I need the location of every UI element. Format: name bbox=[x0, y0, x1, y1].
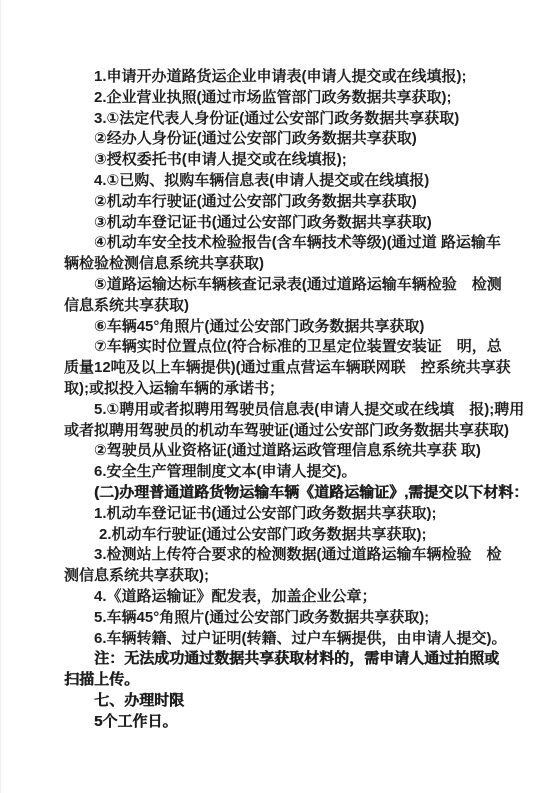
text-line: 6.车辆转籍、过户证明(转籍、过户车辆提供，由申请人提交)。 bbox=[64, 629, 499, 650]
document-text: 1.申请开办道路货运企业申请表(申请人提交或在线填报);2.企业营业执照(通过市… bbox=[64, 67, 499, 733]
document-page: 1.申请开办道路货运企业申请表(申请人提交或在线填报);2.企业营业执照(通过市… bbox=[0, 0, 559, 793]
text-line: 1.申请开办道路货运企业申请表(申请人提交或在线填报); bbox=[64, 67, 499, 88]
text-line: 1.机动车登记证书(通过公安部门政务数据共享获取); bbox=[64, 504, 499, 525]
text-line: ③机动车登记证书(通过公安部门政务数据共享获取) bbox=[64, 213, 499, 234]
text-line: 4.《道路运输证》配发表，加盖企业公章； bbox=[64, 587, 499, 608]
text-line: ②经办人身份证(通过公安部门政务数据共享获取) bbox=[64, 129, 499, 150]
text-line: 5.车辆45°角照片(通过公安部门政务数据共享获取); bbox=[64, 608, 499, 629]
text-line: ⑥车辆45°角照片(通过公安部门政务数据共享获取) bbox=[64, 317, 499, 338]
text-line: 5.①聘用或者拟聘用驾驶员信息表(申请人提交或在线填 报);聘用 bbox=[64, 400, 499, 421]
text-line: 或者拟聘用驾驶员的机动车驾驶证(通过公安部门政务数据共享获取) bbox=[64, 421, 499, 442]
text-line: ⑤道路运输达标车辆核查记录表(通过道路运输车辆检验 检测 bbox=[64, 275, 499, 296]
text-line: ②驾驶员从业资格证(通过道路运政管理信息系统共享获 取) bbox=[64, 441, 499, 462]
text-line: ⑦车辆实时位置点位(符合标准的卫星定位装置安装证 明，总 bbox=[64, 337, 499, 358]
text-line: 扫描上传。 bbox=[64, 670, 499, 691]
text-line: ③授权委托书(申请人提交或在线填报); bbox=[64, 150, 499, 171]
text-line: 辆检验检测信息系统共享获取) bbox=[64, 254, 499, 275]
text-line: 5个工作日。 bbox=[64, 712, 499, 733]
text-line: 3.检测站上传符合要求的检测数据(通过道路运输车辆检验 检 bbox=[64, 545, 499, 566]
text-line: ②机动车行驶证(通过公安部门政务数据共享获取) bbox=[64, 192, 499, 213]
text-line: 2.机动车行驶证(通过公安部门政务数据共享获取); bbox=[64, 525, 499, 546]
text-line: 3.①法定代表人身份证(通过公安部门政务数据共享获取) bbox=[64, 109, 499, 130]
text-line: 取);或拟投入运输车辆的承诺书； bbox=[64, 379, 499, 400]
text-line: 测信息系统共享获取); bbox=[64, 566, 499, 587]
text-line: 2.企业营业执照(通过市场监管部门政务数据共享获取); bbox=[64, 88, 499, 109]
text-line: (二)办理普通道路货物运输车辆《道路运输证》,需提交以下材料： bbox=[64, 483, 499, 504]
text-line: 质量12吨及以上车辆提供)(通过重点营运车辆联网联 控系统共享获 bbox=[64, 358, 499, 379]
text-line: 注：无法成功通过数据共享获取材料的，需申请人通过拍照或 bbox=[64, 649, 499, 670]
text-line: 6.安全生产管理制度文本(申请人提交)。 bbox=[64, 462, 499, 483]
text-line: ④机动车安全技术检验报告(含车辆技术等级)(通过道 路运输车 bbox=[64, 233, 499, 254]
text-line: 七、办理时限 bbox=[64, 691, 499, 712]
text-line: 4.①已购、拟购车辆信息表(申请人提交或在线填报) bbox=[64, 171, 499, 192]
text-line: 信息系统共享获取) bbox=[64, 296, 499, 317]
